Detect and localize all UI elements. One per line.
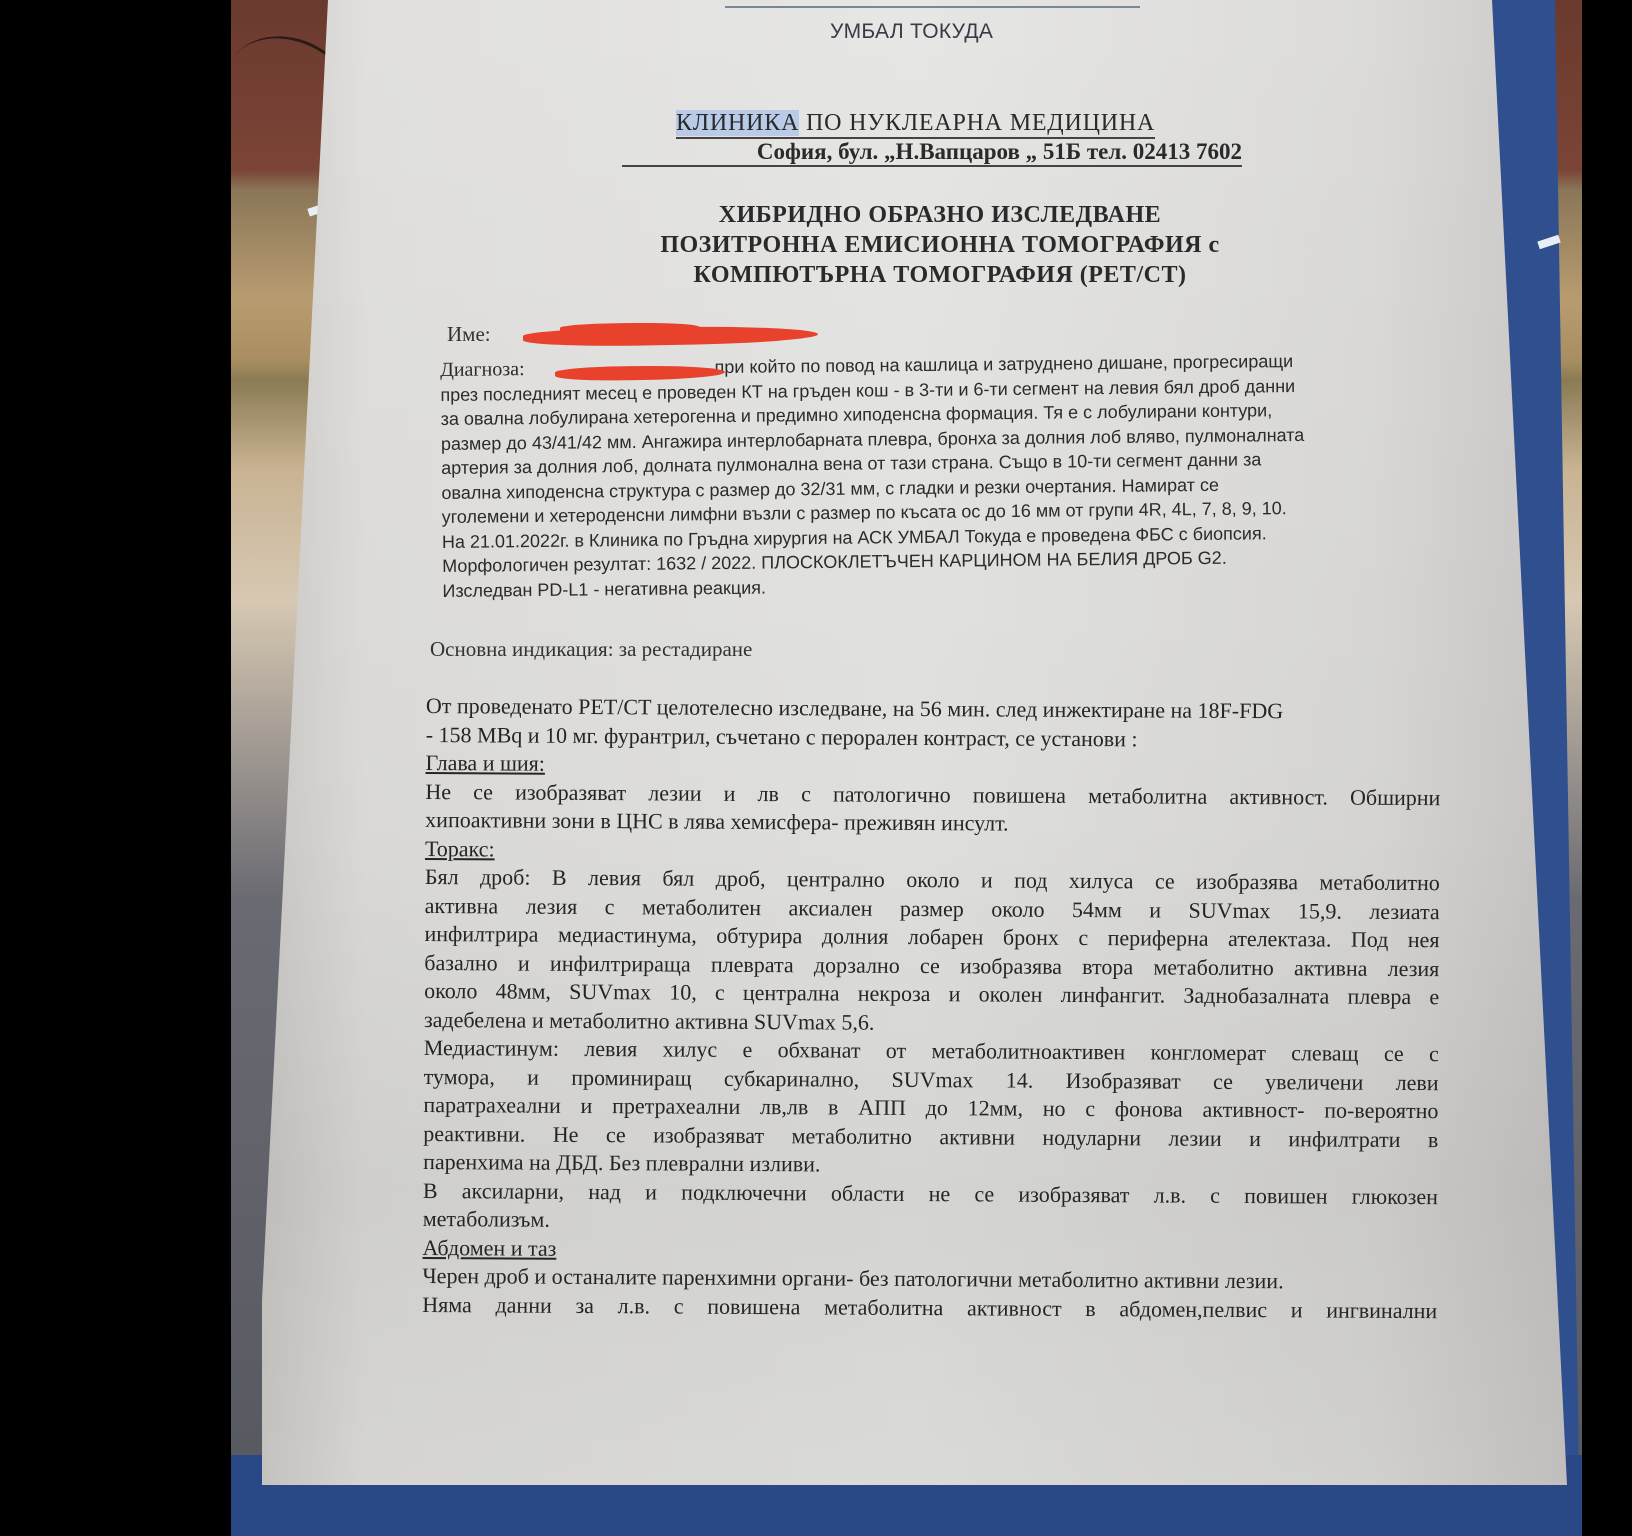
diagnosis-label: Диагноза: (440, 358, 525, 381)
title-line: ПОЗИТРОННА ЕМИСИОННА ТОМОГРАФИЯ с (600, 230, 1280, 260)
clinic-address: София, бул. „Н.Вапцаров „ 51Б тел. 02413… (622, 139, 1242, 167)
findings-block: От проведенато PET/CT целотелесно изслед… (422, 692, 1441, 1325)
name-label: Име: (447, 322, 491, 347)
clinic-name: КЛИНИКА ПО НУКЛЕАРНА МЕДИЦИНА (676, 110, 1155, 139)
diagnosis-block: Диагноза:, при който по повод на кашлица… (440, 348, 1433, 603)
title-line: КОМПЮТЪРНА ТОМОГРАФИЯ (PET/CT) (600, 260, 1280, 290)
main-indication: Основна индикация: за рестадиране (430, 637, 752, 662)
header-rule (725, 6, 1140, 8)
hospital-name: УМБАЛ ТОКУДА (830, 20, 993, 44)
title-line: ХИБРИДНО ОБРАЗНО ИЗСЛЕДВАНЕ (600, 200, 1280, 230)
highlighted-text[interactable]: КЛИНИКА (676, 110, 799, 136)
document-title: ХИБРИДНО ОБРАЗНО ИЗСЛЕДВАНЕ ПОЗИТРОННА Е… (600, 200, 1280, 290)
clinic-name-rest: ПО НУКЛЕАРНА МЕДИЦИНА (799, 110, 1155, 136)
